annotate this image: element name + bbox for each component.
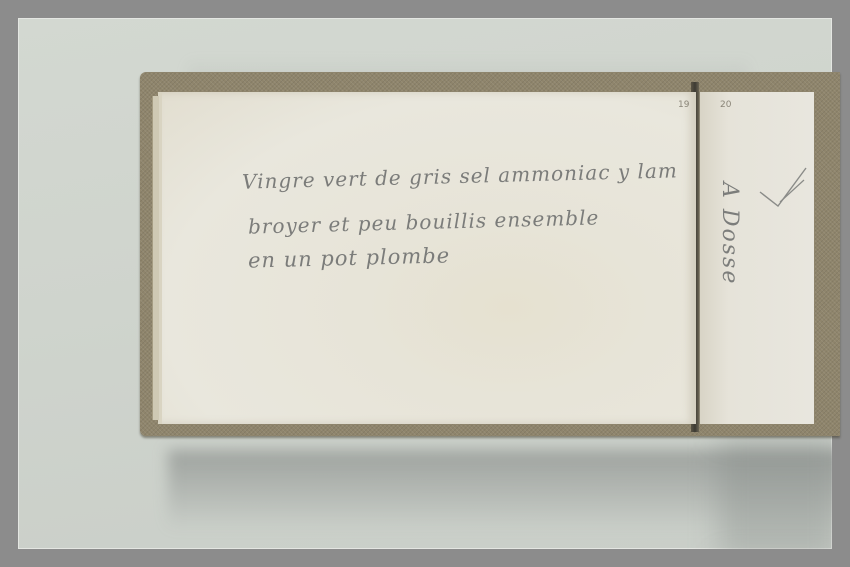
book-shadow-right (718, 438, 832, 549)
right-page: 20 A Dosse (699, 92, 814, 424)
check-mark-icon (750, 162, 810, 212)
page-number-left: 19 (678, 100, 689, 110)
vertical-handwritten-note: A Dosse (717, 182, 742, 285)
left-page: 19 Vingre vert de gris sel ammoniac y la… (158, 92, 696, 424)
handwriting-line-1: Vingre vert de gris sel ammoniac y lam (242, 158, 678, 193)
page-number-right: 20 (720, 100, 731, 110)
handwriting-line-2: broyer et peu bouillis ensemble (248, 205, 600, 238)
handwriting-line-3: en un pot plombe (248, 243, 451, 272)
